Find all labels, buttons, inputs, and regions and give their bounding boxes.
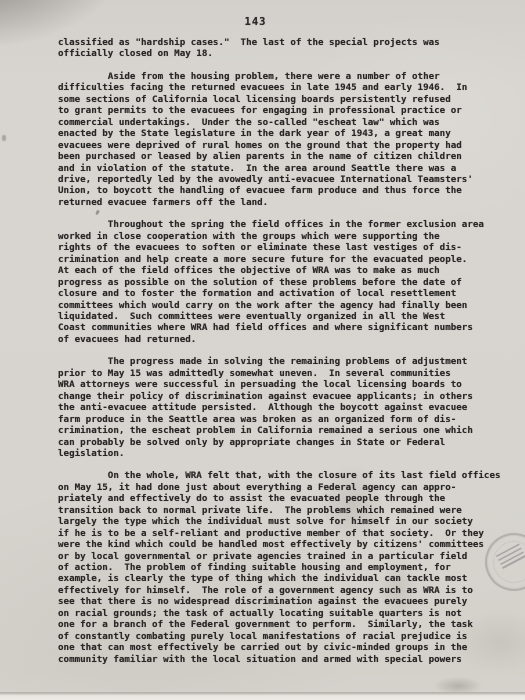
ink-speck: [2, 135, 6, 141]
paper-bottom-edge: [0, 692, 525, 700]
page-number: 143: [0, 16, 511, 28]
scanned-document-page: 143 classified as "hardship cases." The …: [0, 0, 525, 700]
paragraph: Aside from the housing problem, there we…: [58, 71, 490, 208]
paragraph: The progress made in solving the remaini…: [58, 356, 490, 459]
paragraph: On the whole, WRA felt that, with the cl…: [58, 470, 490, 665]
text-body: classified as "hardship cases." The last…: [58, 37, 490, 676]
paragraph: classified as "hardship cases." The last…: [58, 37, 490, 60]
paragraph: Throughout the spring the field offices …: [58, 219, 490, 345]
